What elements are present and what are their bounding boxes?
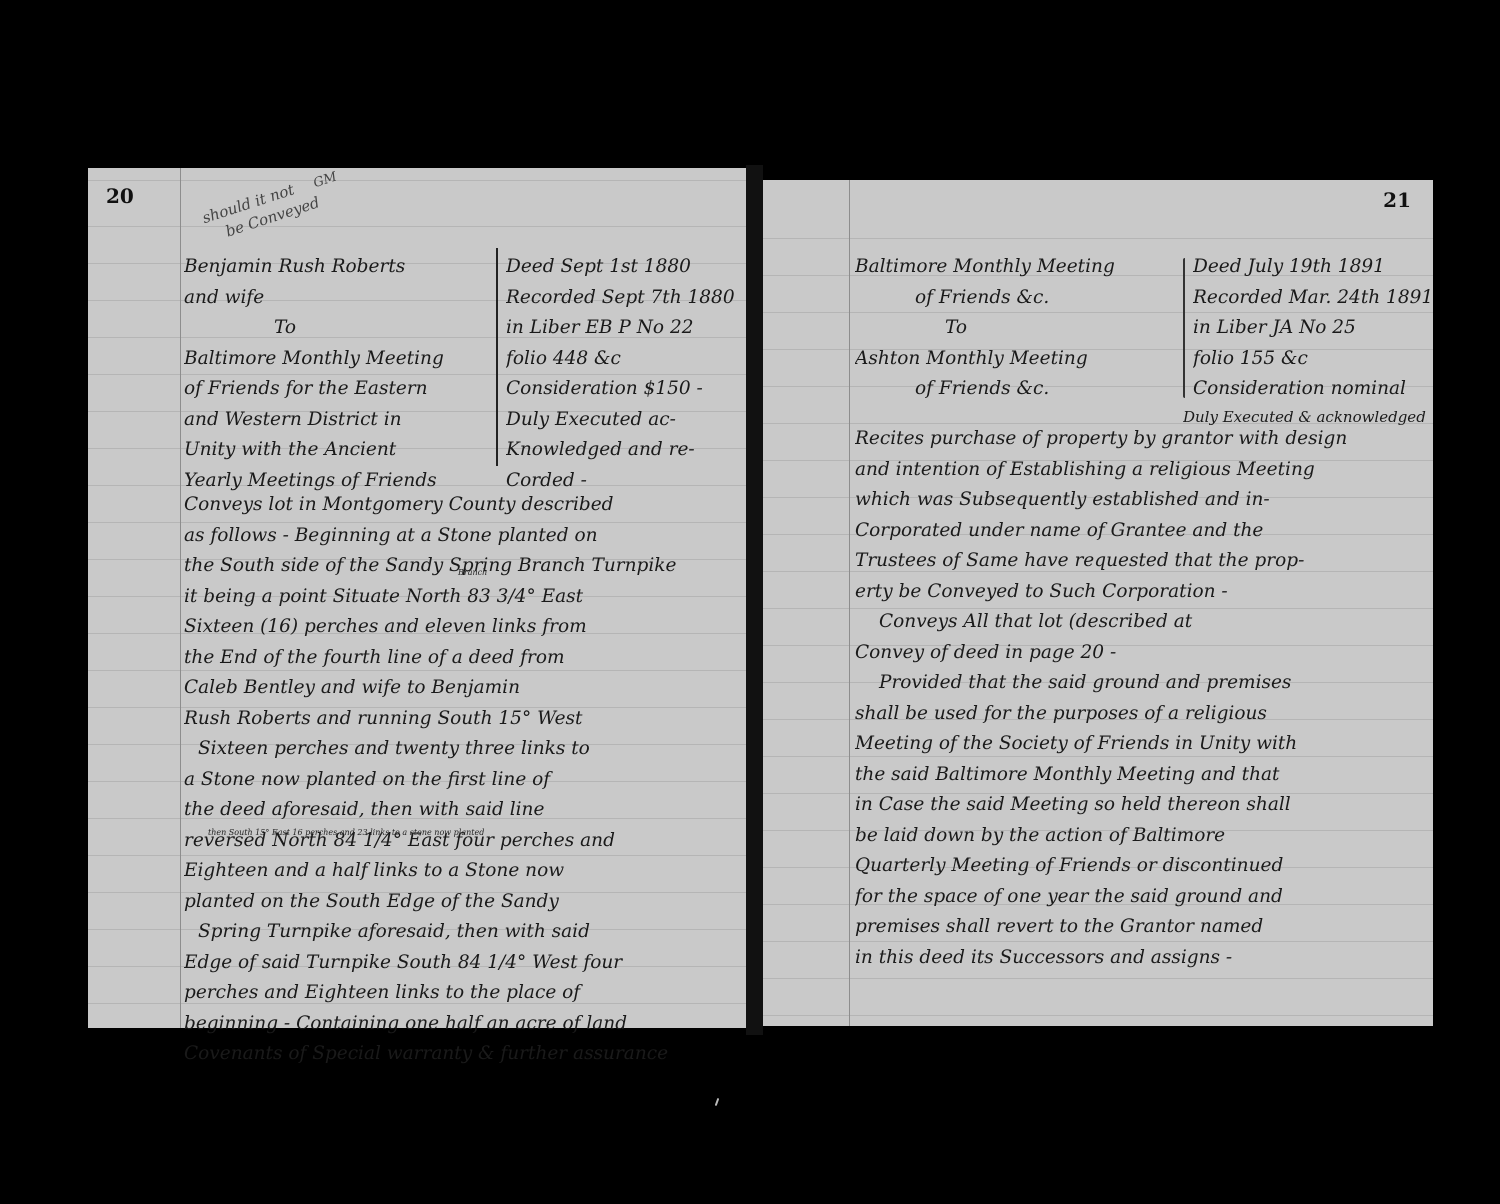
ledger-page-left: 20 should it not GM be Conveyed Benjamin…	[88, 168, 746, 1028]
execution-note: Duly Executed ac-	[506, 405, 741, 436]
body-line: Convey of deed in page 20 -	[855, 638, 1425, 669]
body-line: Edge of said Turnpike South 84 1/4° West…	[184, 948, 744, 979]
grantee-name: and Western District in	[184, 405, 484, 436]
recording-info: Deed July 19th 1891 Recorded Mar. 24th 1…	[1193, 252, 1433, 405]
consideration: Consideration nominal	[1193, 374, 1433, 405]
body-line: Spring Turnpike aforesaid, then with sai…	[184, 917, 744, 948]
body-line: Conveys lot in Montgomery County describ…	[184, 490, 744, 521]
liber-ref: in Liber JA No 25	[1193, 313, 1433, 344]
book-spine	[746, 165, 763, 1035]
body-line: a Stone now planted on the first line of	[184, 765, 744, 796]
to-label: To	[184, 313, 484, 344]
bracket	[496, 248, 498, 466]
body-line: which was Subsequently established and i…	[855, 485, 1425, 516]
interlineation: then South 15° East 16 perches and 23 li…	[208, 828, 484, 837]
bracket	[1183, 258, 1185, 398]
body-line: Sixteen (16) perches and eleven links fr…	[184, 612, 744, 643]
body-line: Caleb Bentley and wife to Benjamin	[184, 673, 744, 704]
body-line: Recites purchase of property by grantor …	[855, 424, 1425, 455]
body-line: planted on the South Edge of the Sandy	[184, 887, 744, 918]
consideration: Consideration $150 -	[506, 374, 741, 405]
body-line: Rush Roberts and running South 15° West	[184, 704, 744, 735]
body-line: shall be used for the purposes of a reli…	[855, 699, 1425, 730]
recording-info: Deed Sept 1st 1880 Recorded Sept 7th 188…	[506, 252, 741, 496]
grantee-name: of Friends for the Eastern	[184, 374, 484, 405]
margin-rule	[180, 168, 181, 1028]
grantor-name: of Friends &c.	[855, 283, 1175, 314]
folio-ref: folio 155 &c	[1193, 344, 1433, 375]
body-line: be laid down by the action of Baltimore	[855, 821, 1425, 852]
deed-parties: Baltimore Monthly Meeting of Friends &c.…	[855, 252, 1175, 405]
execution-note: Knowledged and re-	[506, 435, 741, 466]
deed-parties: Benjamin Rush Roberts and wife To Baltim…	[184, 252, 484, 496]
body-line: erty be Conveyed to Such Corporation -	[855, 577, 1425, 608]
superscript-insert: Branch	[458, 568, 487, 577]
page-number: 21	[1383, 188, 1411, 212]
grantee-name: Baltimore Monthly Meeting	[184, 344, 484, 375]
margin-annotation: should it not GM be Conveyed	[200, 167, 345, 246]
dust-mark	[715, 1098, 720, 1106]
folio-ref: folio 448 &c	[506, 344, 741, 375]
annotation-initials: GM	[312, 170, 339, 192]
recorded-date: Recorded Sept 7th 1880	[506, 283, 741, 314]
body-line: Quarterly Meeting of Friends or disconti…	[855, 851, 1425, 882]
body-line: Trustees of Same have requested that the…	[855, 546, 1425, 577]
body-line: it being a point Situate North 83 3/4° E…	[184, 582, 744, 613]
body-line: for the space of one year the said groun…	[855, 882, 1425, 913]
grantor-name: and wife	[184, 283, 484, 314]
body-line: Provided that the said ground and premis…	[855, 668, 1425, 699]
liber-ref: in Liber EB P No 22	[506, 313, 741, 344]
body-line: the End of the fourth line of a deed fro…	[184, 643, 744, 674]
body-line: Covenants of Special warranty & further …	[184, 1039, 744, 1070]
body-line: in Case the said Meeting so held thereon…	[855, 790, 1425, 821]
body-line: Meeting of the Society of Friends in Uni…	[855, 729, 1425, 760]
to-label: To	[855, 313, 1175, 344]
ledger-page-right: 21 Baltimore Monthly Meeting of Friends …	[763, 180, 1433, 1026]
grantee-name: Unity with the Ancient	[184, 435, 484, 466]
deed-date: Deed July 19th 1891	[1193, 252, 1433, 283]
grantor-name: Benjamin Rush Roberts	[184, 252, 484, 283]
body-line: Corporated under name of Grantee and the	[855, 516, 1425, 547]
body-line: Conveys All that lot (described at	[855, 607, 1425, 638]
grantee-name: of Friends &c.	[855, 374, 1175, 405]
margin-rule	[849, 180, 850, 1026]
body-line: and intention of Establishing a religiou…	[855, 455, 1425, 486]
body-line: the said Baltimore Monthly Meeting and t…	[855, 760, 1425, 791]
grantee-name: Ashton Monthly Meeting	[855, 344, 1175, 375]
body-line: the deed aforesaid, then with said line	[184, 795, 744, 826]
recorded-date: Recorded Mar. 24th 1891	[1193, 283, 1433, 314]
body-line: Sixteen perches and twenty three links t…	[184, 734, 744, 765]
body-line: in this deed its Successors and assigns …	[855, 943, 1425, 974]
deed-date: Deed Sept 1st 1880	[506, 252, 741, 283]
body-line: as follows - Beginning at a Stone plante…	[184, 521, 744, 552]
body-line: perches and Eighteen links to the place …	[184, 978, 744, 1009]
body-line: premises shall revert to the Grantor nam…	[855, 912, 1425, 943]
deed-body: Recites purchase of property by grantor …	[855, 424, 1425, 973]
grantor-name: Baltimore Monthly Meeting	[855, 252, 1175, 283]
page-number: 20	[106, 184, 134, 208]
body-line: beginning - Containing one half an acre …	[184, 1009, 744, 1040]
body-line: Eighteen and a half links to a Stone now	[184, 856, 744, 887]
